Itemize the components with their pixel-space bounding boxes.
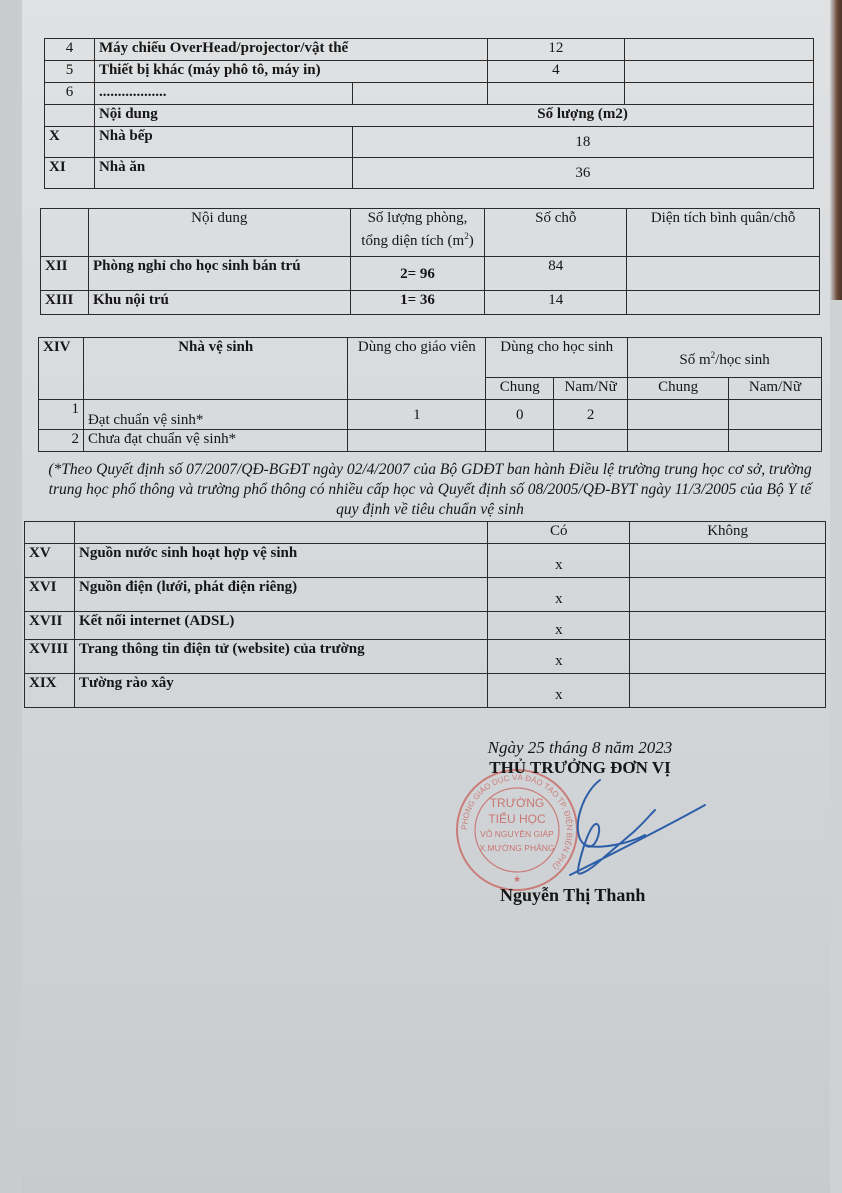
table-row: 4 Máy chiếu OverHead/projector/vật thể 1… (45, 39, 814, 61)
table-row: XVIII Trang thông tin điện tử (website) … (25, 640, 826, 674)
signature-date: Ngày 25 tháng 8 năm 2023 (440, 738, 720, 758)
row-value: 36 (352, 158, 813, 189)
svg-text:TRƯỜNG: TRƯỜNG (490, 795, 545, 810)
row-value: 12 (487, 39, 625, 61)
row-m2-gender (729, 400, 822, 430)
row-number: XVIII (25, 640, 75, 674)
row-yes: x (488, 640, 630, 674)
row-yes: x (488, 674, 630, 708)
table-row: XVII Kết nối internet (ADSL) x (25, 612, 826, 640)
row-yes: x (488, 612, 630, 640)
row-number: XVI (25, 578, 75, 612)
table-row: 6 .................. (45, 83, 814, 105)
row-number: 5 (45, 61, 95, 83)
row-no (630, 578, 826, 612)
row-label: Thiết bị khác (máy phô tô, máy in) (94, 61, 487, 83)
row-label: Nguồn nước sinh hoạt hợp vệ sinh (74, 544, 487, 578)
svg-text:TIỂU HỌC: TIỂU HỌC (488, 811, 546, 826)
table-row: 2 Chưa đạt chuẩn vệ sinh* (39, 430, 822, 452)
row-label: Phòng nghỉ cho học sinh bán trú (88, 257, 350, 291)
header-title: Nhà vệ sinh (83, 338, 347, 400)
signer-name: Nguyễn Thị Thanh (500, 885, 645, 906)
sub-general: Chung (486, 378, 554, 400)
row-label: Máy chiếu OverHead/projector/vật thể (94, 39, 487, 61)
sub-gender: Nam/Nữ (554, 378, 628, 400)
row-seats: 14 (485, 291, 627, 315)
row-value (487, 83, 625, 105)
row-label: .................. (94, 83, 352, 105)
row-number: XVII (25, 612, 75, 640)
boarding-table: Nội dung Số lượng phòng, tổng diện tích … (40, 208, 820, 315)
header-seats: Số chỗ (485, 209, 627, 257)
table-row: XIII Khu nội trú 1= 36 14 (41, 291, 820, 315)
handwritten-signature-icon (540, 775, 710, 885)
row-label: Tường rào xây (74, 674, 487, 708)
header-avg-area: Diện tích bình quân/chỗ (627, 209, 820, 257)
header-quantity: Số lượng (m2) (352, 105, 813, 127)
table-header-row: XIV Nhà vệ sinh Dùng cho giáo viên Dùng … (39, 338, 822, 378)
header-rooms-line1: Số lượng phòng, (351, 209, 485, 227)
header-teacher: Dùng cho giáo viên (348, 338, 486, 400)
header-rooms: Số lượng phòng, tổng diện tích (m2) (350, 209, 485, 257)
row-student-gender (554, 430, 628, 452)
row-rooms: 2= 96 (350, 257, 485, 291)
row-seats: 84 (485, 257, 627, 291)
table-header-row: Có Không (25, 522, 826, 544)
row-number: XIX (25, 674, 75, 708)
header-no: Không (630, 522, 826, 544)
page-edge (830, 0, 842, 300)
row-rooms: 1= 36 (350, 291, 485, 315)
table-row: XV Nguồn nước sinh hoạt hợp vệ sinh x (25, 544, 826, 578)
table-row: XIX Tường rào xây x (25, 674, 826, 708)
table-row: XII Phòng nghỉ cho học sinh bán trú 2= 9… (41, 257, 820, 291)
row-label: Nguồn điện (lưới, phát điện riêng) (74, 578, 487, 612)
row-avg (627, 291, 820, 315)
header-content: Nội dung (94, 105, 352, 127)
row-extra (625, 61, 814, 83)
sub-general-m2: Chung (628, 378, 729, 400)
row-no (630, 674, 826, 708)
equipment-table: 4 Máy chiếu OverHead/projector/vật thể 1… (44, 38, 814, 189)
footnote: (*Theo Quyết định số 07/2007/QĐ-BGĐT ngà… (40, 460, 820, 520)
svg-text:★: ★ (513, 874, 521, 884)
row-value: 18 (352, 127, 813, 158)
sub-gender-m2: Nam/Nữ (729, 378, 822, 400)
row-m2-gender (729, 430, 822, 452)
header-rooms-line2: tổng diện tích (m2) (351, 227, 485, 250)
row-label: Khu nội trú (88, 291, 350, 315)
row-label: Nhà ăn (94, 158, 352, 189)
row-extra (625, 39, 814, 61)
row-number: XII (41, 257, 89, 291)
header-blank (41, 209, 89, 257)
row-number: XIII (41, 291, 89, 315)
row-number: 4 (45, 39, 95, 61)
header-student: Dùng cho học sinh (486, 338, 628, 378)
header-yes: Có (488, 522, 630, 544)
table-row: X Nhà bếp 18 (45, 127, 814, 158)
row-no (630, 640, 826, 674)
row-student-gender: 2 (554, 400, 628, 430)
row-label: Trang thông tin điện tử (website) của tr… (74, 640, 487, 674)
table-row: 1 Đạt chuẩn vệ sinh* 1 0 2 (39, 400, 822, 430)
row-extra (625, 83, 814, 105)
row-m2-general (628, 400, 729, 430)
row-label: Nhà bếp (94, 127, 352, 158)
table-header-row: Nội dung Số lượng (m2) (45, 105, 814, 127)
row-no (630, 544, 826, 578)
row-number: X (45, 127, 95, 158)
row-number: 1 (39, 400, 84, 430)
table-header-row: Nội dung Số lượng phòng, tổng diện tích … (41, 209, 820, 257)
header-content: Nội dung (88, 209, 350, 257)
row-label: Đạt chuẩn vệ sinh* (83, 400, 347, 430)
row-value: 4 (487, 61, 625, 83)
row-label: Kết nối internet (ADSL) (74, 612, 487, 640)
row-yes: x (488, 578, 630, 612)
row-m2-general (628, 430, 729, 452)
row-student-general: 0 (486, 400, 554, 430)
row-number: 2 (39, 430, 84, 452)
table-row: XI Nhà ăn 36 (45, 158, 814, 189)
header-blank (74, 522, 487, 544)
row-blank (352, 83, 487, 105)
row-label: Chưa đạt chuẩn vệ sinh* (83, 430, 347, 452)
row-number: 6 (45, 83, 95, 105)
header-blank (25, 522, 75, 544)
table-row: 5 Thiết bị khác (máy phô tô, máy in) 4 (45, 61, 814, 83)
row-yes: x (488, 544, 630, 578)
row-teacher (348, 430, 486, 452)
signature-block: Ngày 25 tháng 8 năm 2023 THỦ TRƯỞNG ĐƠN … (440, 738, 720, 778)
utilities-table: Có Không XV Nguồn nước sinh hoạt hợp vệ … (24, 521, 826, 708)
row-number: XV (25, 544, 75, 578)
row-student-general (486, 430, 554, 452)
row-teacher: 1 (348, 400, 486, 430)
section-number: XIV (39, 338, 84, 400)
header-per-student: Số m2/học sinh (628, 338, 822, 378)
row-no (630, 612, 826, 640)
row-avg (627, 257, 820, 291)
header-blank (45, 105, 95, 127)
table-row: XVI Nguồn điện (lưới, phát điện riêng) x (25, 578, 826, 612)
toilet-table: XIV Nhà vệ sinh Dùng cho giáo viên Dùng … (38, 337, 822, 452)
row-number: XI (45, 158, 95, 189)
